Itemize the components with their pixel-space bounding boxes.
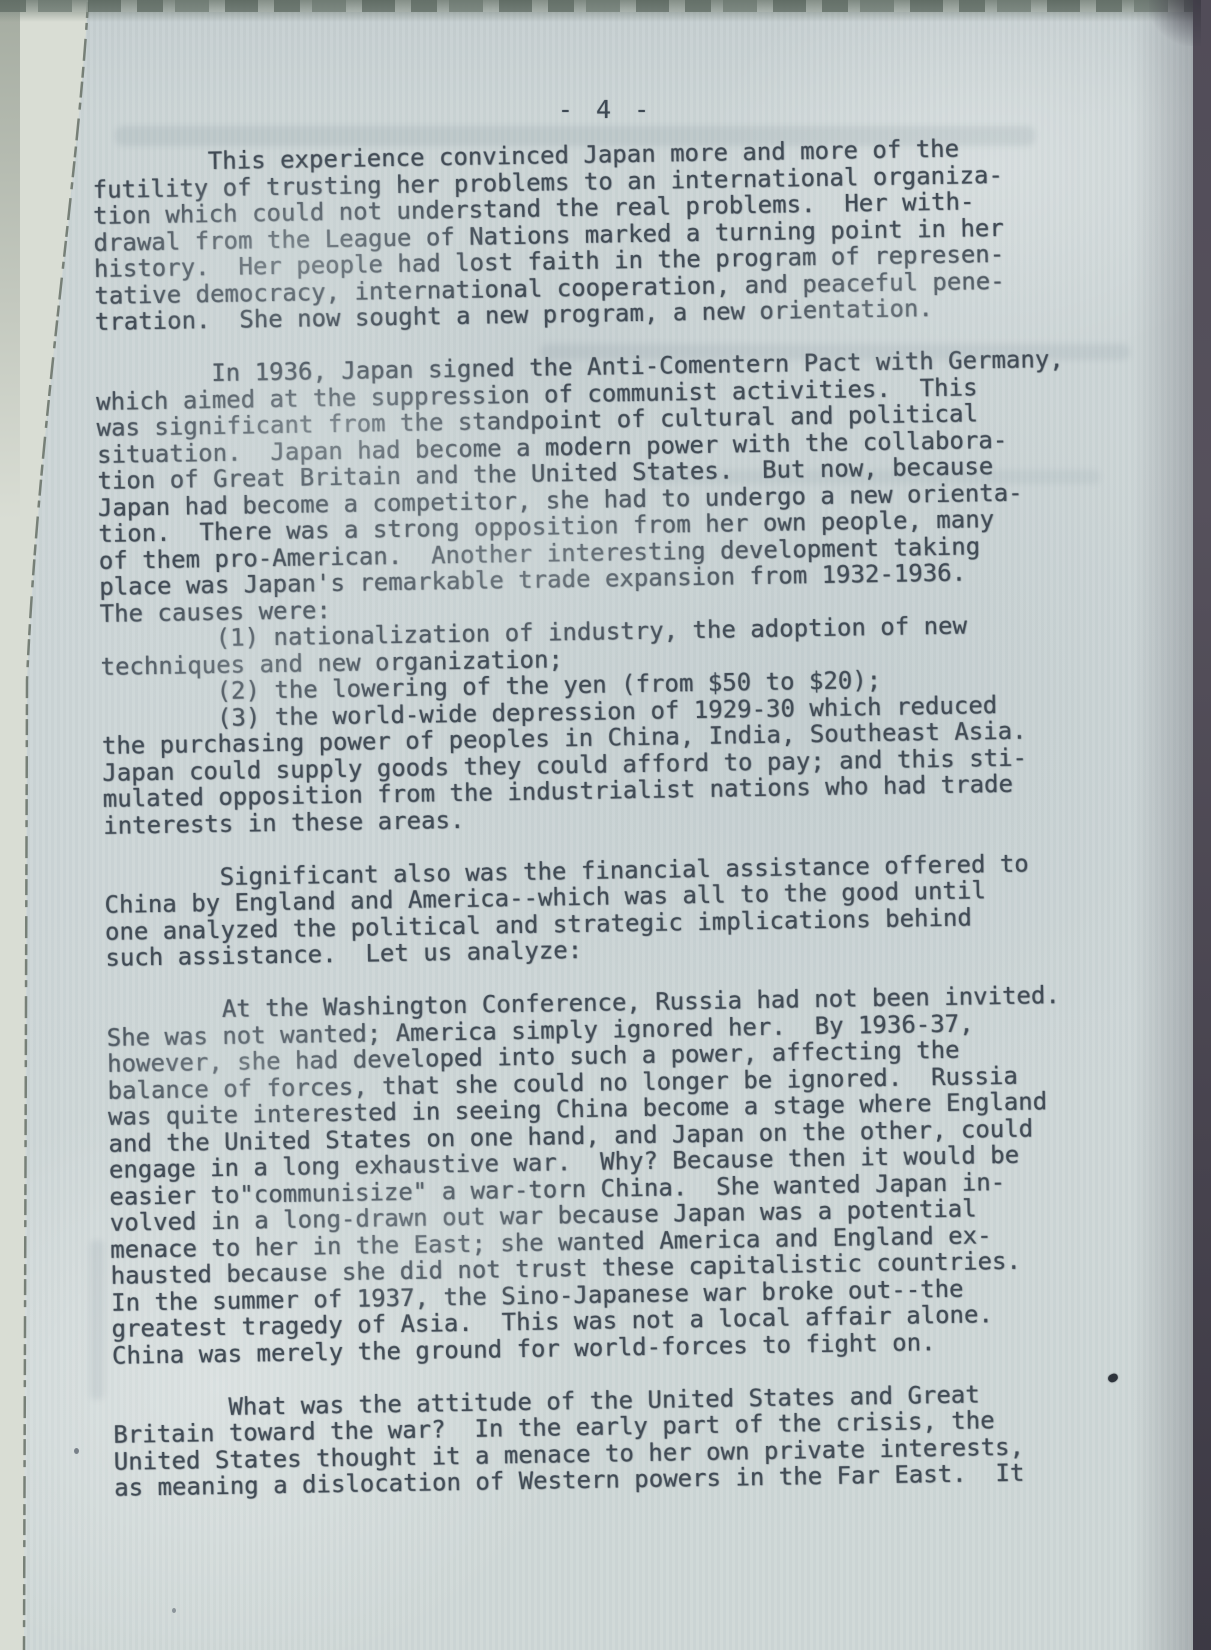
- paragraph-4: At the Washington Conference, Russia had…: [106, 982, 1072, 1369]
- paragraph-3: Significant also was the financial assis…: [104, 849, 1066, 971]
- left-edge-shadow: [0, 0, 20, 520]
- ink-speck: [74, 1448, 79, 1454]
- typewritten-text: This experience convinced Japan more and…: [92, 134, 1075, 1528]
- scan-right-edge: [1193, 0, 1211, 1650]
- ink-blot: [1107, 1373, 1119, 1384]
- top-right-dark-corner: [1149, 0, 1201, 46]
- bleedthrough-smudge: [90, 1240, 104, 1400]
- scan-top-edge-fade: [0, 12, 1211, 22]
- paragraph-5: What was the attitude of the United Stat…: [113, 1379, 1075, 1501]
- ink-speck: [172, 1608, 176, 1613]
- page-number: - 4 -: [0, 95, 1211, 124]
- scanned-page: - 4 - This experience convinced Japan mo…: [0, 0, 1211, 1650]
- paragraph-2: In 1936, Japan signed the Anti-Comentern…: [96, 346, 1064, 839]
- scan-top-edge: [0, 0, 1211, 12]
- paragraph-1: This experience convinced Japan more and…: [92, 134, 1055, 335]
- right-edge-shadow: [1133, 0, 1193, 1650]
